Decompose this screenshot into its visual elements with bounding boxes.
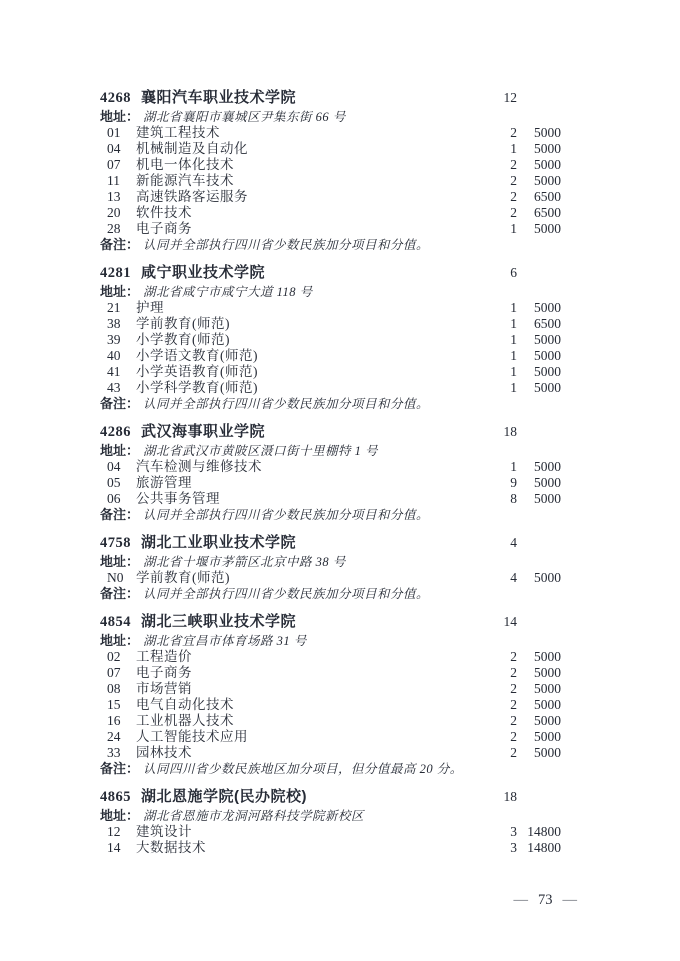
college-section: 4854 湖北三峡职业技术学院 14 地址： 湖北省宜昌市体育场路 31 号 0… [100, 612, 561, 777]
major-plan-count: 2 [483, 729, 517, 745]
major-plan-count: 4 [483, 570, 517, 586]
college-section: 4758 湖北工业职业技术学院 4 地址： 湖北省十堰市茅箭区北京中路 38 号… [100, 533, 561, 602]
major-row: 40 小学语文教育(师范) 1 5000 [100, 348, 561, 364]
address-label: 地址： [100, 808, 139, 824]
college-section: 4268 襄阳汽车职业技术学院 12 地址： 湖北省襄阳市襄城区尹集东街 66 … [100, 88, 561, 253]
major-name: 学前教育(师范) [136, 570, 483, 586]
major-plan-count: 1 [483, 380, 517, 396]
college-header-row: 4865 湖北恩施学院(民办院校) 18 [100, 787, 561, 807]
remark-row: 备注： 认同四川省少数民族地区加分项目，但分值最高 20 分。 [100, 761, 561, 777]
major-tuition-fee: 5000 [517, 729, 561, 745]
major-tuition-fee: 14800 [517, 840, 561, 856]
college-header-row: 4286 武汉海事职业学院 18 [100, 422, 561, 442]
major-row: 33 园林技术 2 5000 [100, 745, 561, 761]
major-plan-count: 1 [483, 300, 517, 316]
major-tuition-fee: 5000 [517, 459, 561, 475]
address-row: 地址： 湖北省宜昌市体育场路 31 号 [100, 633, 561, 649]
major-name: 建筑设计 [136, 824, 483, 840]
college-code: 4268 [100, 89, 131, 108]
major-row: 02 工程造价 2 5000 [100, 649, 561, 665]
major-name: 学前教育(师范) [136, 316, 483, 332]
remark-text: 认同并全部执行四川省少数民族加分项目和分值。 [143, 507, 429, 523]
major-row: 07 机电一体化技术 2 5000 [100, 157, 561, 173]
remark-text: 认同四川省少数民族地区加分项目，但分值最高 20 分。 [143, 761, 463, 777]
major-tuition-fee: 5000 [517, 570, 561, 586]
major-plan-count: 2 [483, 665, 517, 681]
major-row: 06 公共事务管理 8 5000 [100, 491, 561, 507]
address-row: 地址： 湖北省咸宁市咸宁大道 118 号 [100, 284, 561, 300]
college-total-quota: 4 [483, 533, 517, 552]
address-text: 湖北省襄阳市襄城区尹集东街 66 号 [143, 109, 346, 125]
college-header-row: 4758 湖北工业职业技术学院 4 [100, 533, 561, 553]
college-total-quota: 14 [483, 612, 517, 631]
major-row: 07 电子商务 2 5000 [100, 665, 561, 681]
major-tuition-fee: 5000 [517, 491, 561, 507]
college-code: 4758 [100, 534, 131, 553]
major-tuition-fee: 5000 [517, 348, 561, 364]
address-text: 湖北省咸宁市咸宁大道 118 号 [143, 284, 313, 300]
major-plan-count: 3 [483, 840, 517, 856]
major-code: 28 [107, 221, 127, 237]
major-tuition-fee: 5000 [517, 697, 561, 713]
major-plan-count: 2 [483, 173, 517, 189]
major-plan-count: 9 [483, 475, 517, 491]
major-plan-count: 1 [483, 459, 517, 475]
major-plan-count: 8 [483, 491, 517, 507]
college-name: 湖北三峡职业技术学院 [141, 612, 483, 631]
address-row: 地址： 湖北省襄阳市襄城区尹集东街 66 号 [100, 109, 561, 125]
major-list: 21 护理 1 5000 38 学前教育(师范) 1 6500 39 小学教育(… [100, 300, 561, 396]
major-plan-count: 1 [483, 332, 517, 348]
major-tuition-fee: 5000 [517, 332, 561, 348]
major-name: 软件技术 [136, 205, 483, 221]
major-tuition-fee: 5000 [517, 380, 561, 396]
major-tuition-fee: 5000 [517, 681, 561, 697]
major-tuition-fee: 5000 [517, 157, 561, 173]
major-plan-count: 2 [483, 697, 517, 713]
major-code: 24 [107, 729, 127, 745]
major-plan-count: 1 [483, 348, 517, 364]
remark-row: 备注： 认同并全部执行四川省少数民族加分项目和分值。 [100, 507, 561, 523]
major-tuition-fee: 5000 [517, 125, 561, 141]
address-label: 地址： [100, 284, 139, 300]
major-code: 05 [107, 475, 127, 491]
major-plan-count: 1 [483, 364, 517, 380]
college-name: 湖北恩施学院(民办院校) [141, 787, 483, 806]
major-name: 工业机器人技术 [136, 713, 483, 729]
major-code: 13 [107, 189, 127, 205]
major-row: 28 电子商务 1 5000 [100, 221, 561, 237]
page-number: —73— [514, 892, 578, 909]
major-plan-count: 2 [483, 745, 517, 761]
major-tuition-fee: 5000 [517, 745, 561, 761]
college-name: 湖北工业职业技术学院 [141, 533, 483, 552]
major-name: 小学语文教育(师范) [136, 348, 483, 364]
major-code: 38 [107, 316, 127, 332]
major-row: 43 小学科学教育(师范) 1 5000 [100, 380, 561, 396]
college-code: 4854 [100, 613, 131, 632]
remark-row: 备注： 认同并全部执行四川省少数民族加分项目和分值。 [100, 237, 561, 253]
major-row: 14 大数据技术 3 14800 [100, 840, 561, 856]
major-row: 05 旅游管理 9 5000 [100, 475, 561, 491]
remark-label: 备注： [100, 761, 139, 777]
address-label: 地址： [100, 109, 139, 125]
major-name: 新能源汽车技术 [136, 173, 483, 189]
college-total-quota: 6 [483, 263, 517, 282]
major-plan-count: 2 [483, 713, 517, 729]
major-tuition-fee: 5000 [517, 221, 561, 237]
major-code: 02 [107, 649, 127, 665]
page-number-right-dash: — [563, 892, 578, 908]
major-plan-count: 2 [483, 189, 517, 205]
address-row: 地址： 湖北省十堰市茅箭区北京中路 38 号 [100, 554, 561, 570]
major-code: 39 [107, 332, 127, 348]
college-code: 4286 [100, 423, 131, 442]
remark-row: 备注： 认同并全部执行四川省少数民族加分项目和分值。 [100, 586, 561, 602]
major-name: 高速铁路客运服务 [136, 189, 483, 205]
major-tuition-fee: 6500 [517, 189, 561, 205]
college-header-row: 4854 湖北三峡职业技术学院 14 [100, 612, 561, 632]
major-name: 园林技术 [136, 745, 483, 761]
major-code: 21 [107, 300, 127, 316]
major-name: 大数据技术 [136, 840, 483, 856]
college-code: 4281 [100, 264, 131, 283]
address-row: 地址： 湖北省武汉市黄陂区滠口街十里棚特 1 号 [100, 443, 561, 459]
major-tuition-fee: 5000 [517, 300, 561, 316]
address-text: 湖北省宜昌市体育场路 31 号 [143, 633, 307, 649]
remark-label: 备注： [100, 507, 139, 523]
college-total-quota: 12 [483, 88, 517, 107]
major-tuition-fee: 5000 [517, 141, 561, 157]
document-page: 4268 襄阳汽车职业技术学院 12 地址： 湖北省襄阳市襄城区尹集东街 66 … [0, 0, 680, 961]
address-label: 地址： [100, 554, 139, 570]
major-row: 13 高速铁路客运服务 2 6500 [100, 189, 561, 205]
major-name: 机电一体化技术 [136, 157, 483, 173]
college-header-row: 4268 襄阳汽车职业技术学院 12 [100, 88, 561, 108]
college-name: 襄阳汽车职业技术学院 [141, 88, 483, 107]
college-total-quota: 18 [483, 787, 517, 806]
major-name: 电子商务 [136, 221, 483, 237]
major-tuition-fee: 5000 [517, 649, 561, 665]
major-name: 人工智能技术应用 [136, 729, 483, 745]
major-name: 电子商务 [136, 665, 483, 681]
college-section: 4281 咸宁职业技术学院 6 地址： 湖北省咸宁市咸宁大道 118 号 21 … [100, 263, 561, 412]
major-code: 07 [107, 665, 127, 681]
major-row: 15 电气自动化技术 2 5000 [100, 697, 561, 713]
major-code: 43 [107, 380, 127, 396]
major-row: 12 建筑设计 3 14800 [100, 824, 561, 840]
college-section: 4865 湖北恩施学院(民办院校) 18 地址： 湖北省恩施市龙洞河路科技学院新… [100, 787, 561, 856]
major-tuition-fee: 5000 [517, 475, 561, 491]
major-name: 旅游管理 [136, 475, 483, 491]
major-tuition-fee: 6500 [517, 205, 561, 221]
major-row: 16 工业机器人技术 2 5000 [100, 713, 561, 729]
major-name: 电气自动化技术 [136, 697, 483, 713]
major-list: 04 汽车检测与维修技术 1 5000 05 旅游管理 9 5000 06 公共… [100, 459, 561, 507]
major-row: 04 汽车检测与维修技术 1 5000 [100, 459, 561, 475]
major-code: 14 [107, 840, 127, 856]
major-name: 公共事务管理 [136, 491, 483, 507]
major-plan-count: 2 [483, 205, 517, 221]
major-plan-count: 1 [483, 141, 517, 157]
major-row: N0 学前教育(师范) 4 5000 [100, 570, 561, 586]
major-name: 工程造价 [136, 649, 483, 665]
major-code: 07 [107, 157, 127, 173]
major-list: 01 建筑工程技术 2 5000 04 机械制造及自动化 1 5000 07 机… [100, 125, 561, 237]
college-code: 4865 [100, 788, 131, 807]
remark-text: 认同并全部执行四川省少数民族加分项目和分值。 [143, 586, 429, 602]
major-code: 15 [107, 697, 127, 713]
major-code: 04 [107, 141, 127, 157]
major-code: 16 [107, 713, 127, 729]
major-name: 小学英语教育(师范) [136, 364, 483, 380]
remark-label: 备注： [100, 586, 139, 602]
remark-text: 认同并全部执行四川省少数民族加分项目和分值。 [143, 237, 429, 253]
major-plan-count: 2 [483, 649, 517, 665]
major-row: 01 建筑工程技术 2 5000 [100, 125, 561, 141]
major-code: 01 [107, 125, 127, 141]
address-label: 地址： [100, 633, 139, 649]
college-name: 咸宁职业技术学院 [141, 263, 483, 282]
major-tuition-fee: 5000 [517, 364, 561, 380]
page-number-left-dash: — [514, 892, 529, 908]
major-tuition-fee: 6500 [517, 316, 561, 332]
address-label: 地址： [100, 443, 139, 459]
major-tuition-fee: 14800 [517, 824, 561, 840]
major-tuition-fee: 5000 [517, 665, 561, 681]
remark-label: 备注： [100, 237, 139, 253]
college-list: 4268 襄阳汽车职业技术学院 12 地址： 湖北省襄阳市襄城区尹集东街 66 … [100, 88, 561, 866]
remark-text: 认同并全部执行四川省少数民族加分项目和分值。 [143, 396, 429, 412]
major-name: 市场营销 [136, 681, 483, 697]
college-name: 武汉海事职业学院 [141, 422, 483, 441]
remark-row: 备注： 认同并全部执行四川省少数民族加分项目和分值。 [100, 396, 561, 412]
major-tuition-fee: 5000 [517, 173, 561, 189]
major-plan-count: 2 [483, 681, 517, 697]
major-code: 12 [107, 824, 127, 840]
major-name: 护理 [136, 300, 483, 316]
college-header-row: 4281 咸宁职业技术学院 6 [100, 263, 561, 283]
remark-label: 备注： [100, 396, 139, 412]
major-code: 20 [107, 205, 127, 221]
major-plan-count: 1 [483, 221, 517, 237]
address-row: 地址： 湖北省恩施市龙洞河路科技学院新校区 [100, 808, 561, 824]
major-row: 39 小学教育(师范) 1 5000 [100, 332, 561, 348]
major-row: 04 机械制造及自动化 1 5000 [100, 141, 561, 157]
major-name: 建筑工程技术 [136, 125, 483, 141]
page-number-value: 73 [538, 892, 553, 908]
major-code: 33 [107, 745, 127, 761]
major-list: 12 建筑设计 3 14800 14 大数据技术 3 14800 [100, 824, 561, 856]
major-plan-count: 1 [483, 316, 517, 332]
major-name: 机械制造及自动化 [136, 141, 483, 157]
major-name: 汽车检测与维修技术 [136, 459, 483, 475]
address-text: 湖北省十堰市茅箭区北京中路 38 号 [143, 554, 346, 570]
major-plan-count: 3 [483, 824, 517, 840]
major-tuition-fee: 5000 [517, 713, 561, 729]
major-code: 41 [107, 364, 127, 380]
major-plan-count: 2 [483, 157, 517, 173]
major-code: 06 [107, 491, 127, 507]
major-row: 08 市场营销 2 5000 [100, 681, 561, 697]
major-name: 小学教育(师范) [136, 332, 483, 348]
address-text: 湖北省恩施市龙洞河路科技学院新校区 [143, 808, 364, 824]
major-code: N0 [107, 570, 127, 586]
major-list: 02 工程造价 2 5000 07 电子商务 2 5000 08 市场营销 2 … [100, 649, 561, 761]
college-total-quota: 18 [483, 422, 517, 441]
major-code: 08 [107, 681, 127, 697]
college-section: 4286 武汉海事职业学院 18 地址： 湖北省武汉市黄陂区滠口街十里棚特 1 … [100, 422, 561, 523]
major-code: 04 [107, 459, 127, 475]
major-name: 小学科学教育(师范) [136, 380, 483, 396]
major-row: 41 小学英语教育(师范) 1 5000 [100, 364, 561, 380]
major-list: N0 学前教育(师范) 4 5000 [100, 570, 561, 586]
major-code: 40 [107, 348, 127, 364]
major-row: 38 学前教育(师范) 1 6500 [100, 316, 561, 332]
major-plan-count: 2 [483, 125, 517, 141]
major-row: 20 软件技术 2 6500 [100, 205, 561, 221]
major-code: 11 [107, 173, 127, 189]
major-row: 21 护理 1 5000 [100, 300, 561, 316]
major-row: 11 新能源汽车技术 2 5000 [100, 173, 561, 189]
address-text: 湖北省武汉市黄陂区滠口街十里棚特 1 号 [143, 443, 378, 459]
major-row: 24 人工智能技术应用 2 5000 [100, 729, 561, 745]
